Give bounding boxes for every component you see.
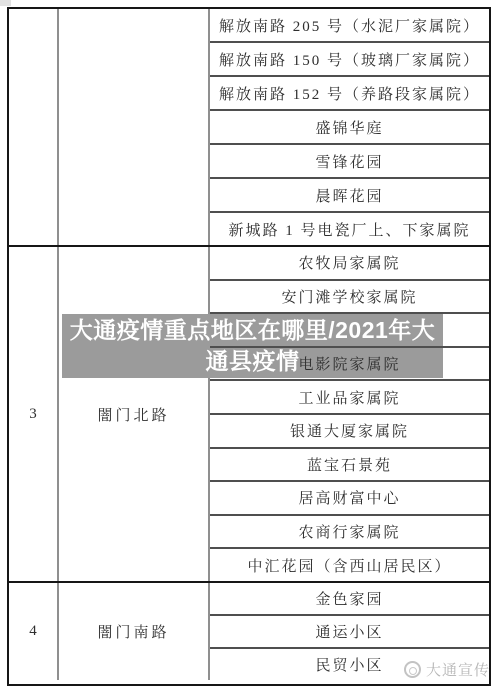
watermark: 大通宣传 [404,659,490,679]
items-column: 解放南路 205 号（水泥厂家属院） 解放南路 150 号（玻璃厂家属院） 解放… [210,9,489,245]
table-row: 新城路 1 号电瓷厂上、下家属院 [210,211,489,245]
table-group-3: 3 闇门北路 农牧局家属院 安门滩学校家属院 电影院家属院 工业品家属院 银通大… [9,245,489,581]
page-edge-artifact [0,0,11,6]
table-row: 盛锦华庭 [210,109,489,143]
table-row: 晨晖花园 [210,177,489,211]
datong-xuanchuan-logo-icon [404,661,421,678]
table-row: 电影院家属院 [210,346,489,380]
table-row: 雪锋花园 [210,143,489,177]
table-row: 农商行家属院 [210,514,489,548]
table-row: 居高财富中心 [210,480,489,514]
group-number-cell: 4 [9,583,59,680]
table-row: 安门滩学校家属院 [210,279,489,313]
table-row: 解放南路 150 号（玻璃厂家属院） [210,41,489,75]
document-page: 解放南路 205 号（水泥厂家属院） 解放南路 150 号（玻璃厂家属院） 解放… [0,0,500,695]
items-column: 农牧局家属院 安门滩学校家属院 电影院家属院 工业品家属院 银通大厦家属院 蓝宝… [210,247,489,581]
group-number-cell: 3 [9,247,59,581]
watermark-label: 大通宣传 [426,659,490,680]
table-row: 解放南路 152 号（养路段家属院） [210,75,489,109]
table-row: 银通大厦家属院 [210,413,489,447]
table-row: 通运小区 [210,614,489,647]
group-number-cell [9,9,59,245]
table-row: 工业品家属院 [210,379,489,413]
road-name-cell: 闇门南路 [59,583,210,680]
road-name-cell: 闇门北路 [59,247,210,581]
table-row: 解放南路 205 号（水泥厂家属院） [210,9,489,41]
table-row: 金色家园 [210,583,489,614]
table-row: 农牧局家属院 [210,247,489,279]
table-row: 蓝宝石景苑 [210,447,489,481]
road-name-cell [59,9,210,245]
table-row: 中汇花园（含西山居民区） [210,547,489,581]
table-group-top: 解放南路 205 号（水泥厂家属院） 解放南路 150 号（玻璃厂家属院） 解放… [9,9,489,245]
